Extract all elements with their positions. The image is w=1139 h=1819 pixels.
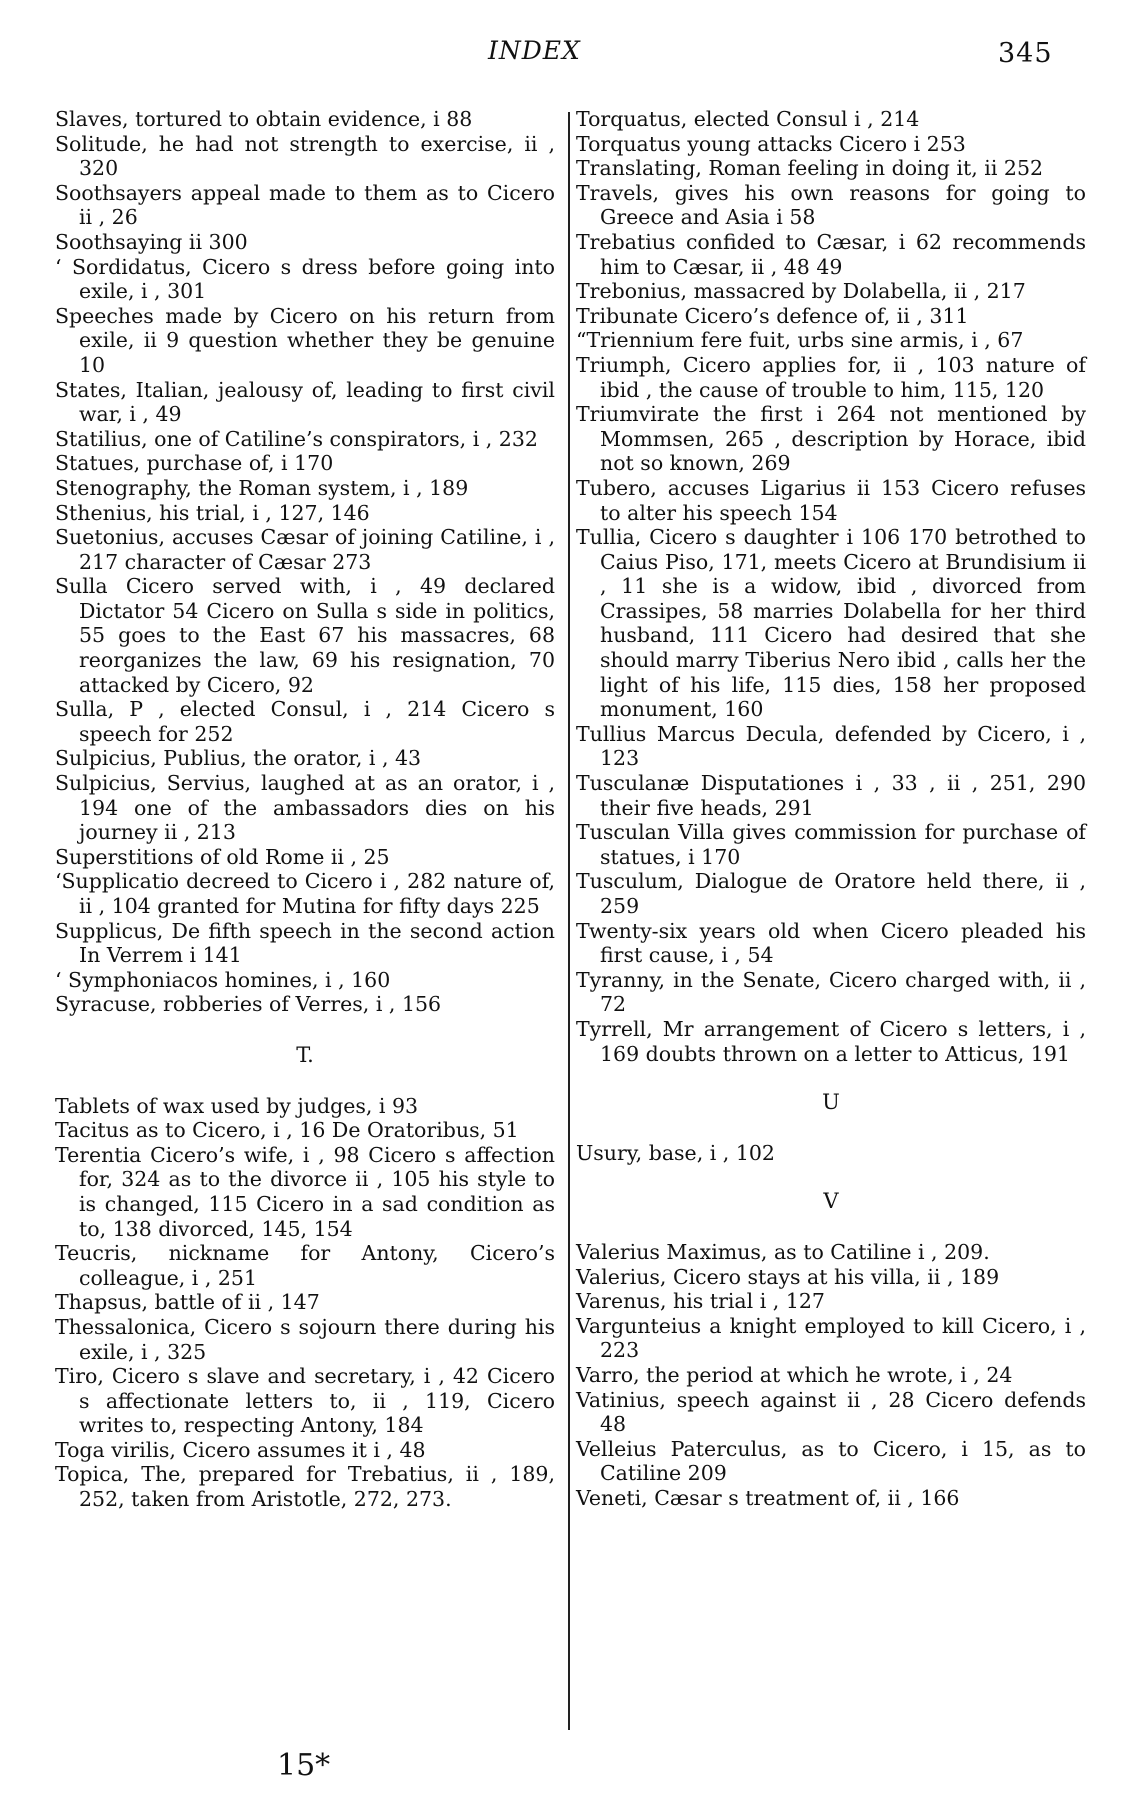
index-entries-u: Usury, base, i , 102 bbox=[576, 1141, 1086, 1166]
index-entry: Tubero, accuses Ligarius ii 153 Cicero r… bbox=[576, 476, 1086, 525]
index-entry: Slaves, tortured to obtain evidence, i 8… bbox=[55, 107, 555, 132]
column-divider bbox=[568, 112, 570, 1730]
index-entry: Thapsus, battle of ii , 147 bbox=[55, 1290, 555, 1315]
index-entry: Travels, gives his own reasons for going… bbox=[576, 181, 1086, 230]
index-entries-t-continued: Torquatus, elected Consul i , 214 Torqua… bbox=[576, 107, 1086, 1066]
index-column-left: Slaves, tortured to obtain evidence, i 8… bbox=[55, 107, 555, 1512]
index-entry: Terentia Cicero’s wife, i , 98 Cicero s … bbox=[55, 1143, 555, 1241]
index-entry: Solitude, he had not strength to exercis… bbox=[55, 132, 555, 181]
index-entry: Trebonius, massacred by Dolabella, ii , … bbox=[576, 279, 1086, 304]
index-entry: Velleius Paterculus, as to Cicero, i 15,… bbox=[576, 1437, 1086, 1486]
index-entries-t: Tablets of wax used by judges, i 93 Taci… bbox=[55, 1094, 555, 1512]
index-entry: Tiro, Cicero s slave and secretary, i , … bbox=[55, 1364, 555, 1438]
index-entry: Tacitus as to Cicero, i , 16 De Oratorib… bbox=[55, 1118, 555, 1143]
index-entry: Valerius, Cicero stays at his villa, ii … bbox=[576, 1265, 1086, 1290]
running-header-title: INDEX bbox=[488, 36, 581, 65]
index-entry: Varro, the period at which he wrote, i ,… bbox=[576, 1363, 1086, 1388]
index-entry: Statues, purchase of, i 170 bbox=[55, 451, 555, 476]
section-letter-v: V bbox=[576, 1189, 1086, 1214]
index-entry: Twenty-six years old when Cicero pleaded… bbox=[576, 919, 1086, 968]
page-number: 345 bbox=[998, 38, 1053, 69]
index-entry: Triumph, Cicero applies for, ii , 103 na… bbox=[576, 353, 1086, 402]
index-entry: Stenography, the Roman system, i , 189 bbox=[55, 476, 555, 501]
index-entry: Trebatius confided to Cæsar, i 62 recomm… bbox=[576, 230, 1086, 279]
index-entry: Soothsaying ii 300 bbox=[55, 230, 555, 255]
index-entry: ‘Supplicatio decreed to Cicero i , 282 n… bbox=[55, 869, 555, 918]
index-entry: Triumvirate the first i 264 not mentione… bbox=[576, 402, 1086, 476]
index-entry: Syracuse, robberies of Verres, i , 156 bbox=[55, 992, 555, 1017]
index-entry: ‘ Sordidatus, Cicero s dress before goin… bbox=[55, 255, 555, 304]
index-entry: Tullius Marcus Decula, defended by Cicer… bbox=[576, 722, 1086, 771]
index-entry: Sthenius, his trial, i , 127, 146 bbox=[55, 501, 555, 526]
index-entry: Vargunteius a knight employed to kill Ci… bbox=[576, 1314, 1086, 1363]
index-entry: Teucris, nickname for Antony, Cicero’s c… bbox=[55, 1241, 555, 1290]
index-entry: Usury, base, i , 102 bbox=[576, 1141, 1086, 1166]
index-entry: Sulpicius, Servius, laughed at as an ora… bbox=[55, 771, 555, 845]
index-entry: Thessalonica, Cicero s sojourn there dur… bbox=[55, 1315, 555, 1364]
index-entry: Veneti, Cæsar s treatment of, ii , 166 bbox=[576, 1486, 1086, 1511]
section-letter-u: U bbox=[576, 1090, 1086, 1115]
index-entries-v: Valerius Maximus, as to Catiline i , 209… bbox=[576, 1240, 1086, 1511]
index-entry: Soothsayers appeal made to them as to Ci… bbox=[55, 181, 555, 230]
index-entry: Speeches made by Cicero on his return fr… bbox=[55, 304, 555, 378]
index-entry: Translating, Roman feeling in doing it, … bbox=[576, 156, 1086, 181]
index-entry: ‘ Symphoniacos homines, i , 160 bbox=[55, 968, 555, 993]
index-entry: Sulla, P , elected Consul, i , 214 Cicer… bbox=[55, 697, 555, 746]
index-entry: Tablets of wax used by judges, i 93 bbox=[55, 1094, 555, 1119]
index-entry: Statilius, one of Catiline’s conspirator… bbox=[55, 427, 555, 452]
section-letter-t: T. bbox=[55, 1043, 555, 1068]
index-column-right: Torquatus, elected Consul i , 214 Torqua… bbox=[576, 107, 1086, 1510]
index-entry: Vatinius, speech against ii , 28 Cicero … bbox=[576, 1388, 1086, 1437]
index-entry: Sulla Cicero served with, i , 49 declare… bbox=[55, 574, 555, 697]
index-entry: Tusculum, Dialogue de Oratore held there… bbox=[576, 869, 1086, 918]
index-entry: Supplicus, De fifth speech in the second… bbox=[55, 919, 555, 968]
index-entry: Torquatus young attacks Cicero i 253 bbox=[576, 132, 1086, 157]
index-entry: “Triennium fere fuit, urbs sine armis, i… bbox=[576, 328, 1086, 353]
index-entry: Tusculan Villa gives commission for purc… bbox=[576, 820, 1086, 869]
index-entry: States, Italian, jealousy of, leading to… bbox=[55, 378, 555, 427]
index-entry: Varenus, his trial i , 127 bbox=[576, 1289, 1086, 1314]
index-entry: Tyranny, in the Senate, Cicero charged w… bbox=[576, 968, 1086, 1017]
signature-mark: 15* bbox=[277, 1748, 330, 1783]
index-entry: Valerius Maximus, as to Catiline i , 209… bbox=[576, 1240, 1086, 1265]
index-entry: Tullia, Cicero s daughter i 106 170 betr… bbox=[576, 525, 1086, 722]
index-entries-s: Slaves, tortured to obtain evidence, i 8… bbox=[55, 107, 555, 1017]
index-entry: Sulpicius, Publius, the orator, i , 43 bbox=[55, 746, 555, 771]
index-entry: Torquatus, elected Consul i , 214 bbox=[576, 107, 1086, 132]
index-entry: Tribunate Cicero’s defence of, ii , 311 bbox=[576, 304, 1086, 329]
index-entry: Topica, The, prepared for Trebatius, ii … bbox=[55, 1462, 555, 1511]
index-entry: Suetonius, accuses Cæsar of joining Cati… bbox=[55, 525, 555, 574]
index-entry: Tyrrell, Mr arrangement of Cicero s lett… bbox=[576, 1017, 1086, 1066]
index-entry: Toga virilis, Cicero assumes it i , 48 bbox=[55, 1438, 555, 1463]
index-entry: Tusculanæ Disputationes i , 33 , ii , 25… bbox=[576, 771, 1086, 820]
index-entry: Superstitions of old Rome ii , 25 bbox=[55, 845, 555, 870]
